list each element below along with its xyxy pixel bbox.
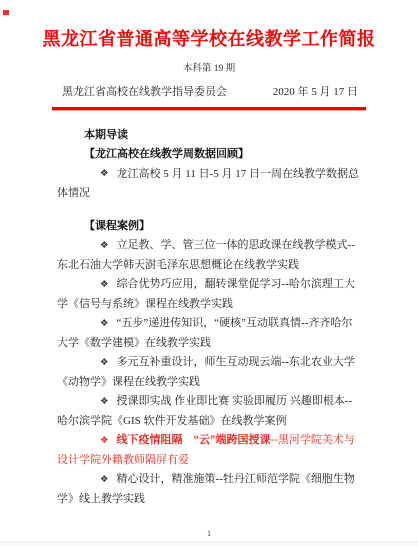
toc-section: 【龙江高校在线教学周数据回顾】❖龙江高校 5 月 11 日-5 月 17 日一周…: [57, 145, 362, 204]
toc-item: ❖综合优势巧应用，翻转课堂促学习--哈尔滨理工大学《信号与系统》课程在线教学实践: [57, 275, 362, 314]
table-of-contents: 本期导读 【龙江高校在线教学周数据回顾】❖龙江高校 5 月 11 日-5 月 1…: [0, 111, 418, 510]
diamond-bullet-icon: ❖: [100, 357, 109, 368]
lead-heading: 本期导读: [84, 126, 362, 146]
bulletin-page: 黑龙江省普通高等学校在线教学工作简报 本科第 19 期 黑龙江省高校在线教学指导…: [0, 0, 418, 546]
diamond-bullet-icon: ❖: [100, 435, 109, 446]
issue-date: 2020 年 5 月 17 日: [273, 83, 358, 99]
toc-item: ❖立足教、学、管三位一体的思政课在线教学模式--东北石油大学韩天澍毛泽东思想概论…: [57, 236, 362, 275]
toc-item: ❖多元互补重设计，师生互动现云端--东北农业大学《动物学》课程在线教学实践: [57, 353, 362, 392]
diamond-bullet-icon: ❖: [100, 318, 109, 329]
page-bottom-edge: [0, 542, 418, 546]
diamond-bullet-icon: ❖: [100, 279, 109, 290]
page-number: 1: [0, 529, 418, 538]
page-title: 黑龙江省普通高等学校在线教学工作简报: [30, 28, 388, 50]
section-heading: 【龙江高校在线教学周数据回顾】: [84, 145, 362, 165]
diamond-bullet-icon: ❖: [100, 240, 109, 251]
masthead: 黑龙江省高校在线教学指导委员会 2020 年 5 月 17 日: [62, 83, 358, 99]
toc-item: ❖授课即实战 作业即比赛 实验即履历 兴趣即根本--哈尔滨学院《GIS 软件开发…: [57, 392, 362, 431]
diamond-bullet-icon: ❖: [100, 474, 109, 485]
toc-item-emphasis: 线下疫情阻隔 “云”端跨国授课: [117, 434, 271, 446]
issuing-organization: 黑龙江省高校在线教学指导委员会: [62, 83, 227, 99]
toc-item: ❖精心设计，精准施策--牡丹江师范学院《细胞生物学》线上教学实践: [57, 470, 362, 509]
toc-item: ❖“五步”递进传知识，“硬核”互动联真情--齐齐哈尔大学《数学建模》在线教学实践: [57, 314, 362, 353]
toc-section: 【课程案例】❖立足教、学、管三位一体的思政课在线教学模式--东北石油大学韩天澍毛…: [57, 217, 362, 510]
diamond-bullet-icon: ❖: [100, 396, 109, 407]
diamond-bullet-icon: ❖: [100, 168, 109, 179]
toc-item: ❖龙江高校 5 月 11 日-5 月 17 日一周在线教学数据总体情况: [57, 165, 362, 204]
toc-item: ❖线下疫情阻隔 “云”端跨国授课--黑河学院美术与设计学院外籍教师隔屏有爱: [57, 431, 362, 470]
red-corner-mark: [3, 10, 9, 15]
toc-sections: 【龙江高校在线教学周数据回顾】❖龙江高校 5 月 11 日-5 月 17 日一周…: [57, 145, 362, 509]
section-heading: 【课程案例】: [84, 217, 362, 237]
issue-number: 本科第 19 期: [0, 60, 418, 74]
